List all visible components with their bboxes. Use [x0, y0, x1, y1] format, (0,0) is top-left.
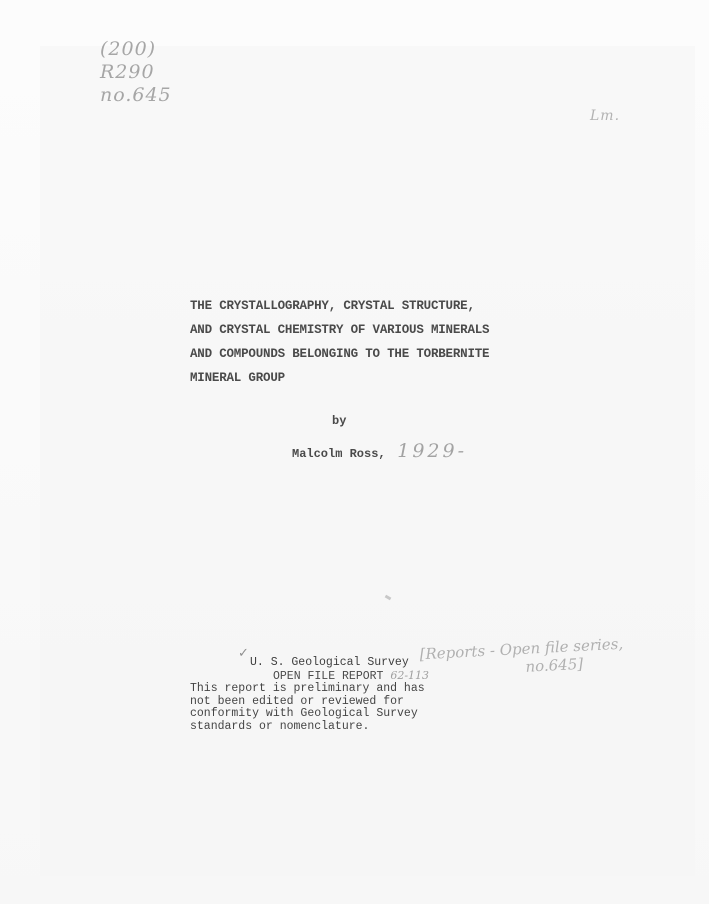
disclaimer-line: This report is preliminary and has: [190, 683, 425, 696]
call-number-line: no.645: [100, 84, 172, 107]
check-mark-icon: ✓: [238, 646, 249, 661]
title-line: THE CRYSTALLOGRAPHY, CRYSTAL STRUCTURE,: [190, 294, 550, 318]
agency-name: U. S. Geological Survey: [250, 656, 409, 669]
call-number-line: (200): [100, 38, 172, 61]
title-line: AND COMPOUNDS BELONGING TO THE TORBERNIT…: [190, 342, 550, 366]
author-name: Malcolm Ross,: [292, 447, 386, 461]
title-line: AND CRYSTAL CHEMISTRY OF VARIOUS MINERAL…: [190, 318, 550, 342]
byline-by: by: [332, 414, 346, 428]
document-title: THE CRYSTALLOGRAPHY, CRYSTAL STRUCTURE, …: [190, 294, 550, 390]
handwritten-author-dates: 1929-: [397, 440, 467, 462]
disclaimer-line: conformity with Geological Survey: [190, 708, 425, 721]
handwritten-call-number: (200) R290 no.645: [100, 38, 172, 107]
call-number-line: R290: [100, 61, 172, 84]
disclaimer-line: standards or nomenclature.: [190, 721, 425, 734]
author-line: Malcolm Ross, 1929-: [292, 440, 467, 462]
open-file-report-line: OPEN FILE REPORT 62-113: [273, 669, 429, 683]
scanned-page: (200) R290 no.645 Lm. THE CRYSTALLOGRAPH…: [0, 0, 709, 904]
disclaimer: This report is preliminary and has not b…: [190, 683, 425, 733]
title-line: MINERAL GROUP: [190, 366, 550, 390]
handwritten-initials: Lm.: [590, 108, 620, 124]
